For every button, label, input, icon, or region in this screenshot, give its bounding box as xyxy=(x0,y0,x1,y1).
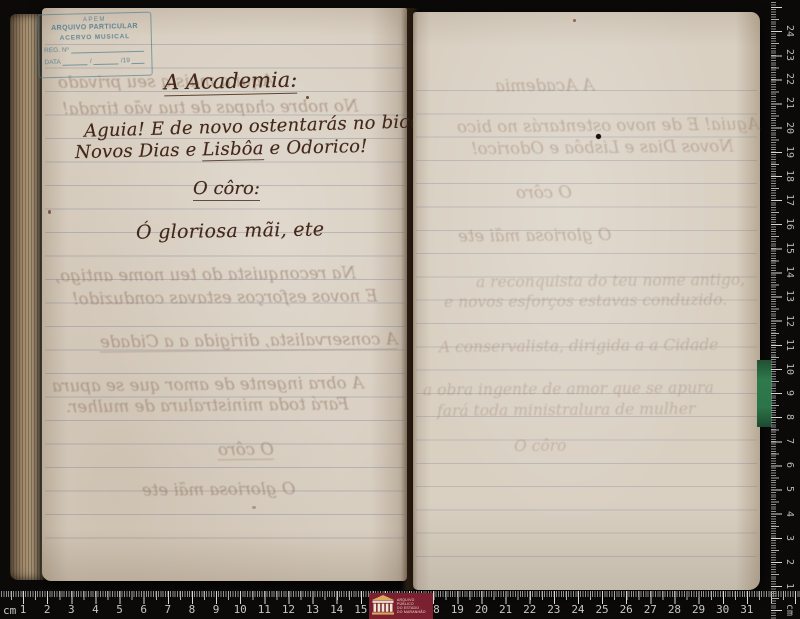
ruler-number: 13 xyxy=(301,603,325,616)
stamp-date-blank xyxy=(63,58,88,66)
verse-line-2-underlined-word: Lisbôa xyxy=(202,138,264,161)
paper-speck xyxy=(573,19,576,22)
ghost-line: A obra ingente de amor que se apura xyxy=(52,373,364,395)
ghost-line: O côro xyxy=(514,437,567,455)
ruler-horizontal: cm 1234567891011121314151617181920212223… xyxy=(0,591,800,619)
ghost-line: Na reconquista do teu nome antigo, xyxy=(55,263,356,285)
ghost-line: a obra ingente de amor que se apura xyxy=(423,379,714,400)
ruler-vertical: 242322212019181716151413121110987654321c… xyxy=(771,0,800,619)
ghost-line: Novos Dias e Lisbôa e Odorico! xyxy=(471,137,734,159)
ruler-number: 27 xyxy=(638,603,662,616)
ruler-number: 3 xyxy=(59,603,83,616)
stamp-line-acervo: ACERVO MUSICAL xyxy=(44,33,146,42)
stamp-date-blank xyxy=(132,57,145,64)
notebook-scan: APEM ARQUIVO PARTICULAR ACERVO MUSICAL R… xyxy=(0,0,800,619)
ruler-number: 16 xyxy=(778,216,800,232)
ruled-lines xyxy=(416,90,757,566)
stamp-line-archive: ARQUIVO PARTICULAR xyxy=(44,23,146,32)
ghost-line: E novos esforços estavas conduzido! xyxy=(72,286,378,308)
ghost-line: fará toda ministralura de mulher xyxy=(437,400,696,420)
ruler-number: 8 xyxy=(180,603,204,616)
left-page: APEM ARQUIVO PARTICULAR ACERVO MUSICAL R… xyxy=(42,8,407,581)
ruler-number: 10 xyxy=(778,361,800,377)
ghost-line: e novos esforços estavas conduzido. xyxy=(444,291,727,311)
stamp-date-year: /19 xyxy=(121,57,130,64)
ruler-number: 21 xyxy=(778,95,800,111)
stamp-reg-blank xyxy=(71,45,144,54)
ruler-number: 7 xyxy=(778,433,800,449)
archive-stamp: APEM ARQUIVO PARTICULAR ACERVO MUSICAL R… xyxy=(37,12,153,79)
logo-caption-line: DO MARANHÃO xyxy=(397,610,426,614)
ruler-number: 7 xyxy=(156,603,180,616)
ruler-number: 4 xyxy=(778,506,800,522)
ghost-line: A conservalista, dirigida a a Cidade xyxy=(100,329,398,352)
ruler-number: 23 xyxy=(778,47,800,63)
ruler-number: 11 xyxy=(778,337,800,353)
logo-caption: ARQUIVOPÚBLICODO ESTADODO MARANHÃO xyxy=(397,598,426,614)
ghost-line: A Academia xyxy=(495,75,594,95)
ruler-number: 19 xyxy=(445,603,469,616)
ruler-number-column: 242322212019181716151413121110987654321c… xyxy=(782,19,798,619)
paper-speck xyxy=(48,210,51,214)
handwritten-title: A Academia: xyxy=(164,68,298,97)
stamp-reg-label: REG. Nº xyxy=(44,47,69,55)
ruler-number: 25 xyxy=(590,603,614,616)
ruler-number: 22 xyxy=(778,71,800,87)
ruler-number: 1 xyxy=(778,578,800,594)
coro-heading: O côro: xyxy=(193,178,260,201)
ruler-number: 29 xyxy=(687,603,711,616)
ruler-number: 8 xyxy=(778,409,800,425)
ruler-number: 17 xyxy=(778,192,800,208)
ghost-line: A conservalista, dirigida a a Cidade xyxy=(439,336,719,356)
ruler-number: 2 xyxy=(35,603,59,616)
ruler-number: 23 xyxy=(542,603,566,616)
ruler-number: 2 xyxy=(778,554,800,570)
ruler-number: 6 xyxy=(132,603,156,616)
ruler-number: 14 xyxy=(778,264,800,280)
ghost-line: Fará toda ministralura de mulher. xyxy=(66,395,349,417)
ghost-line: O gloriosa mãi ete xyxy=(142,479,296,500)
stamp-date-blank xyxy=(94,57,119,65)
ruler-number: cm xyxy=(778,602,800,618)
ruler-number: 28 xyxy=(662,603,686,616)
green-marker xyxy=(757,360,772,427)
verse-line-2-pre: Novos Dias e xyxy=(75,139,203,163)
ruler-number: 22 xyxy=(518,603,542,616)
ruler-number: 9 xyxy=(204,603,228,616)
ruler-number: 15 xyxy=(778,240,800,256)
ruler-number: 11 xyxy=(252,603,276,616)
ruler-number: 9 xyxy=(778,385,800,401)
ruler-number: 31 xyxy=(735,603,759,616)
verse-line-2-post: e Odorico! xyxy=(263,136,367,159)
book-gutter xyxy=(401,8,418,590)
ruler-number: 24 xyxy=(778,23,800,39)
ruler-number: 12 xyxy=(276,603,300,616)
ruler-number: 19 xyxy=(778,144,800,160)
ruler-number: 18 xyxy=(778,168,800,184)
ruler-number: 1 xyxy=(11,603,35,616)
ruler-number: 6 xyxy=(778,457,800,473)
logo-building-icon xyxy=(371,595,395,617)
ruler-number: 3 xyxy=(778,530,800,546)
stamp-date-row: DATA / /19 xyxy=(44,57,146,66)
ghost-line: Aguia! E de novo ostentarás no bico xyxy=(457,114,759,136)
gloriosa-line: Ó gloriosa mãi, ete xyxy=(136,218,325,243)
right-page: A Academia Aguia! E de novo ostentarás n… xyxy=(413,12,760,590)
ruler-number: 5 xyxy=(108,603,132,616)
ruler-number: 24 xyxy=(566,603,590,616)
ghost-line: O gloriosa mãi ete xyxy=(458,225,612,246)
ruler-number: 30 xyxy=(711,603,735,616)
stamp-date-label: DATA xyxy=(44,59,61,66)
paper-speck xyxy=(306,96,309,99)
stamp-reg-row: REG. Nº xyxy=(44,45,146,54)
archive-logo: ARQUIVOPÚBLICODO ESTADODO MARANHÃO xyxy=(369,593,433,619)
ruler-number: 13 xyxy=(778,288,800,304)
ruler-number: 20 xyxy=(778,120,800,136)
ghost-line: O côro xyxy=(218,440,274,461)
ruler-number: 21 xyxy=(494,603,518,616)
ruler-number: 26 xyxy=(614,603,638,616)
ink-dot xyxy=(596,134,601,139)
ruler-number: 14 xyxy=(325,603,349,616)
stamp-date-slash: / xyxy=(90,58,92,65)
book-page-edges xyxy=(10,14,44,580)
ruler-number: 4 xyxy=(83,603,107,616)
ruler-number: 5 xyxy=(778,481,800,497)
ruler-number: 20 xyxy=(469,603,493,616)
ghost-line: a reconquista do teu nome antigo, xyxy=(476,271,745,291)
ruler-number: 12 xyxy=(778,313,800,329)
ghost-line: O côro xyxy=(516,183,572,203)
paper-speck xyxy=(252,506,256,509)
ruler-number: 10 xyxy=(228,603,252,616)
